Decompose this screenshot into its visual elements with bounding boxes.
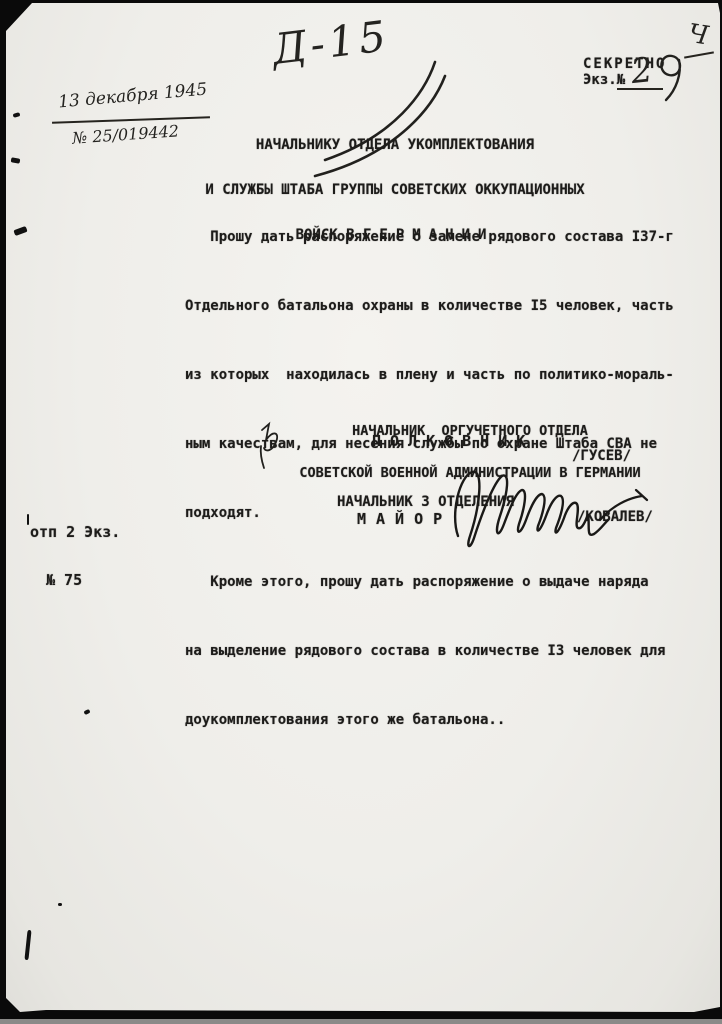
handwritten-copy-number: 2 <box>629 50 655 92</box>
body-line: Прошу дать распоряжение о замене рядовог… <box>185 226 674 249</box>
body-line: Отдельного батальона охраны в количестве… <box>185 295 674 318</box>
signer1-rank: ПОЛКОВНИК <box>372 432 534 450</box>
footer-copies-note: отп 2 Экз. <box>30 524 120 540</box>
body-line: на выделение рядового состава в количест… <box>185 640 674 663</box>
body-line: из которых находилась в плену и часть по… <box>185 364 674 387</box>
ink-flourish <box>652 46 694 104</box>
copy-number-label: Экз.№ <box>583 72 625 88</box>
ink-check-mark <box>252 420 298 472</box>
body-line: Кроме этого, прошу дать распоряжение о в… <box>185 571 674 594</box>
signer2-rank: МАЙОР <box>357 510 452 528</box>
footer-number-note: № 75 <box>30 572 120 588</box>
ink-speck <box>27 514 29 525</box>
scan-bottom-edge <box>0 1019 722 1024</box>
recipient-line-1: НАЧАЛЬНИКУ ОТДЕЛА УКОМПЛЕКТОВАНИЯ <box>160 138 630 153</box>
scanned-document: СЕКРЕТНО Экз.№ 2 Ч Д-15 13 декабря 1945 … <box>0 0 722 1024</box>
kovalev-signature-autograph <box>440 458 655 553</box>
body-line: доукомплектования этого же батальона.. <box>185 709 674 732</box>
ink-speck <box>58 903 62 906</box>
